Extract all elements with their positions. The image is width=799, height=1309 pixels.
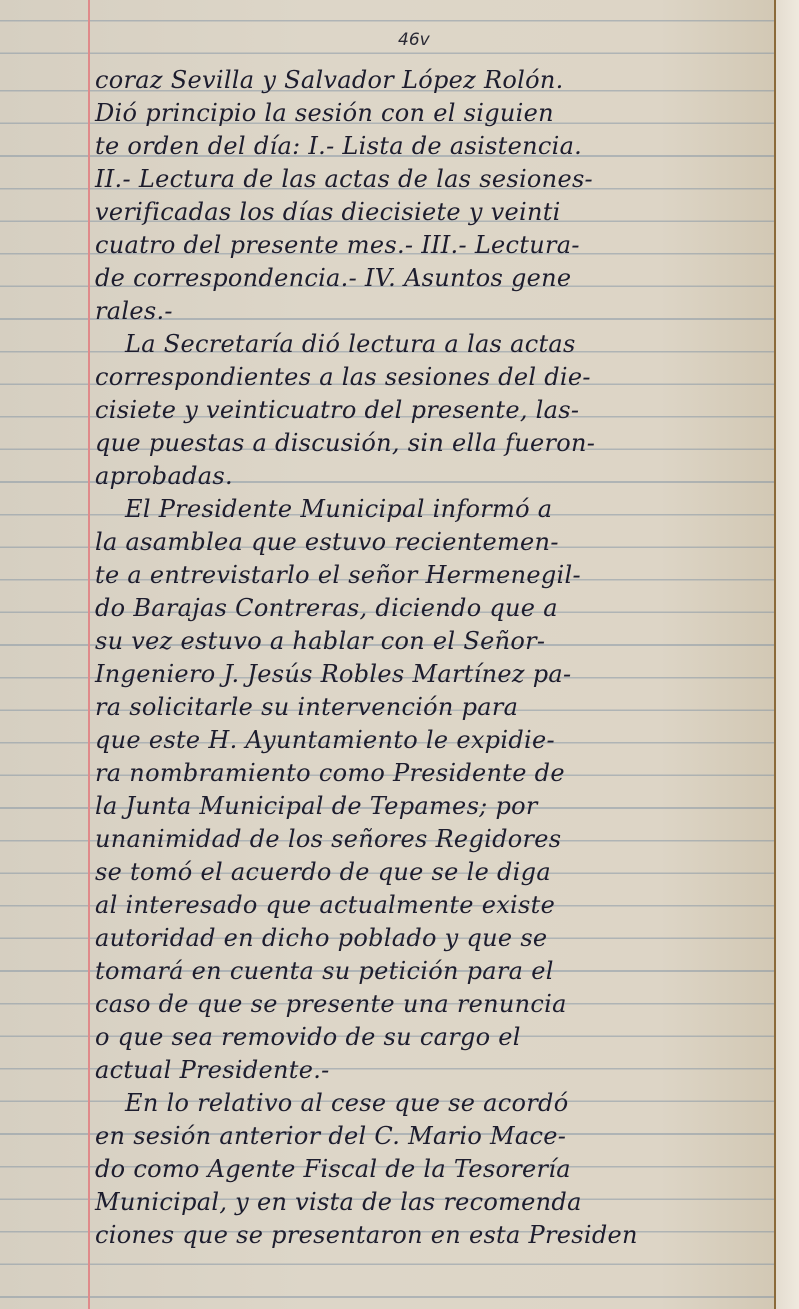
text-line: do Barajas Contreras, diciendo que a [95,592,765,625]
text-line-paragraph-start: El Presidente Municipal informó a [95,493,765,526]
text-line: su vez estuvo a hablar con el Señor- [95,625,765,658]
text-line: o que sea removido de su cargo el [95,1021,765,1054]
text-line: do como Agente Fiscal de la Tesorería [95,1153,765,1186]
text-line: Dió principio la sesión con el siguien [95,97,765,130]
text-line: que este H. Ayuntamiento le expidie- [95,724,765,757]
text-line: actual Presidente.- [95,1054,765,1087]
text-line: cuatro del presente mes.- III.- Lectura- [95,229,765,262]
handwritten-text-body: coraz Sevilla y Salvador López Rolón. Di… [95,64,765,1252]
text-line: correspondientes a las sesiones del die- [95,361,765,394]
text-line-paragraph-start: La Secretaría dió lectura a las actas [95,328,765,361]
text-line: unanimidad de los señores Regidores [95,823,765,856]
text-line: caso de que se presente una renuncia [95,988,765,1021]
text-line: coraz Sevilla y Salvador López Rolón. [95,64,765,97]
text-line: rales.- [95,295,765,328]
red-margin-line [88,0,90,1309]
text-line: ra solicitarle su intervención para [95,691,765,724]
text-line: la Junta Municipal de Tepames; por [95,790,765,823]
text-line: Municipal, y en vista de las recomenda [95,1186,765,1219]
text-line: Ingeniero J. Jesús Robles Martínez pa- [95,658,765,691]
adjacent-page-edge [776,0,799,1309]
text-line: tomará en cuenta su petición para el [95,955,765,988]
text-line: ra nombramiento como Presidente de [95,757,765,790]
text-line: autoridad en dicho poblado y que se [95,922,765,955]
text-line: la asamblea que estuvo recientemen- [95,526,765,559]
text-line: al interesado que actualmente existe [95,889,765,922]
page-number: 46v [398,30,430,50]
notebook-page: 46v coraz Sevilla y Salvador López Rolón… [0,0,776,1309]
text-line-paragraph-start: En lo relativo al cese que se acordó [95,1087,765,1120]
text-line: te orden del día: I.- Lista de asistenci… [95,130,765,163]
text-line: ciones que se presentaron en esta Presid… [95,1219,765,1252]
text-line: aprobadas. [95,460,765,493]
text-line: de correspondencia.- IV. Asuntos gene [95,262,765,295]
text-line: verificadas los días diecisiete y veinti [95,196,765,229]
text-line: que puestas a discusión, sin ella fueron… [95,427,765,460]
text-line: se tomó el acuerdo de que se le diga [95,856,765,889]
text-line: cisiete y veinticuatro del presente, las… [95,394,765,427]
text-line: te a entrevistarlo el señor Hermenegil- [95,559,765,592]
text-line: en sesión anterior del C. Mario Mace- [95,1120,765,1153]
text-line: II.- Lectura de las actas de las sesione… [95,163,765,196]
